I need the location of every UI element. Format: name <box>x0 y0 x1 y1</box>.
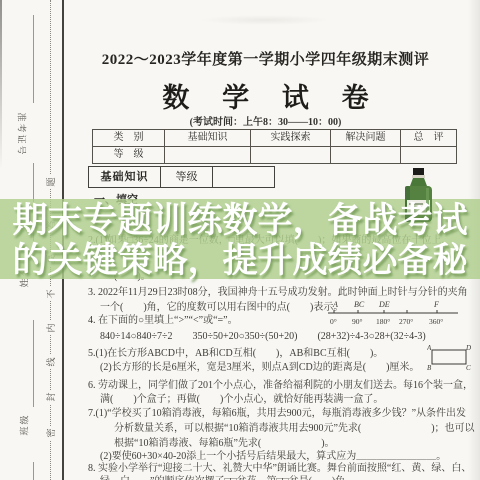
tab-basic-knowledge: 基础知识 <box>89 167 161 187</box>
score-table: 类 别 基础知识 实践探索 解决问题 总 评 等 级 <box>92 129 457 164</box>
tab-empty <box>213 167 275 187</box>
question-line: (2)长方形的长是6厘米，宽是3厘米，则点A到CD边的距离是( )厘米。 <box>88 361 435 374</box>
question-line: 5.(1)在长方形ABCD中，AB和CD互相( )，AB和BC互相( )。 <box>88 347 423 360</box>
question-line: 满( )个盒子；再做( )个小点心，就恰好能再装满一盒了。 <box>88 393 480 406</box>
margin-fill-line <box>33 320 34 407</box>
score-header-cell: 类 别 <box>93 130 165 147</box>
q3-tick-label: 0° <box>330 317 337 326</box>
tab-grade: 等级 <box>161 167 213 187</box>
q3-point-label: F <box>433 300 439 309</box>
q3-angle-figure: A BC DE F 0° 90° 180° 270° 360° <box>328 298 463 334</box>
q5-corner-label: B <box>427 364 432 371</box>
score-header-cell: 解决问题 <box>331 130 401 147</box>
promo-headline-line1: 期末专题训练数学，备战考试 <box>0 202 480 240</box>
section-tab-bar: 基础知识 等级 <box>88 166 275 188</box>
margin-fill-line <box>33 462 34 480</box>
score-header-cell: 实践探索 <box>251 130 331 147</box>
photo-left-edge <box>0 0 2 170</box>
promo-headline-line2: 的关键策略，提升成绩必备秘 <box>0 242 480 280</box>
score-row-cell <box>401 147 457 164</box>
seal-line-char: 内 <box>44 321 58 335</box>
q3-point-label: A <box>332 300 338 309</box>
score-header-cell: 基础知识 <box>165 130 251 147</box>
score-row-cell <box>165 147 251 164</box>
q3-tick-label: 270° <box>399 317 413 326</box>
subject-title: 数 学 试 卷 <box>63 76 468 115</box>
q5-corner-label: A <box>427 344 432 352</box>
exam-number-field-label: 准考证号 <box>16 105 29 165</box>
q5-corner-label: D <box>465 344 471 352</box>
paper-title: 2022～2023学年度第一学期小学四年级期末测评 <box>63 48 468 69</box>
seal-line-char: 线 <box>44 355 58 369</box>
score-row-cell <box>251 147 331 164</box>
q3-tick-label: 90° <box>352 317 363 326</box>
seal-line-char: 不 <box>44 287 58 301</box>
q3-point-label: DE <box>378 300 390 309</box>
score-header-cell: 总 评 <box>401 130 457 147</box>
photo-smudge <box>200 15 330 25</box>
margin-fill-line <box>33 15 34 103</box>
score-row-cell <box>331 147 401 164</box>
q3-tick-label: 180° <box>376 317 390 326</box>
question-line: 4. 在下面的○里填上“>”“<”或“=”。 <box>88 314 328 327</box>
question-line: 6. 劳动课上，同学们做了201个小点心，准备给福利院的小朋友们送去。每16个装… <box>88 379 468 392</box>
question-line: 7.(1)“学校买了10箱消毒液，每箱6瓶，共用去900元，每瓶消毒液多少钱？”… <box>88 407 468 420</box>
q5-corner-label: C <box>466 364 471 371</box>
score-row-cell: 等 级 <box>93 147 165 164</box>
q3-tick-label: 360° <box>429 317 443 326</box>
exam-time: (考试时间：上午8：30——10：00) <box>63 113 468 128</box>
question-line: 分析数量关系，可以根据“10箱消毒液共用去900元”先求( )；也可以 <box>88 422 480 435</box>
seal-line-char: 密 <box>44 426 58 440</box>
q5-rectangle-figure: A D B C <box>427 343 471 376</box>
question-line: 一个( )角，它的度数可以用右图中的点( )表示。 <box>88 301 340 314</box>
q3-point-label: BC <box>354 300 365 309</box>
seal-line-char: 封 <box>44 390 58 404</box>
question-line: 绿、白……”的顺序依次摆了□□盆花，第□□盆是( )色…… <box>88 475 480 480</box>
question-line: 根据“10箱消毒液、每箱6瓶”先求( )。 <box>88 437 480 450</box>
class-field-label: 班级 <box>18 405 31 445</box>
question-line: 8. 实验小学举行“迎接二十大、礼赞大中华”朗诵比赛。舞台前面按照“红、黄、绿、… <box>88 462 468 475</box>
seal-line-char: 题 <box>44 175 58 189</box>
